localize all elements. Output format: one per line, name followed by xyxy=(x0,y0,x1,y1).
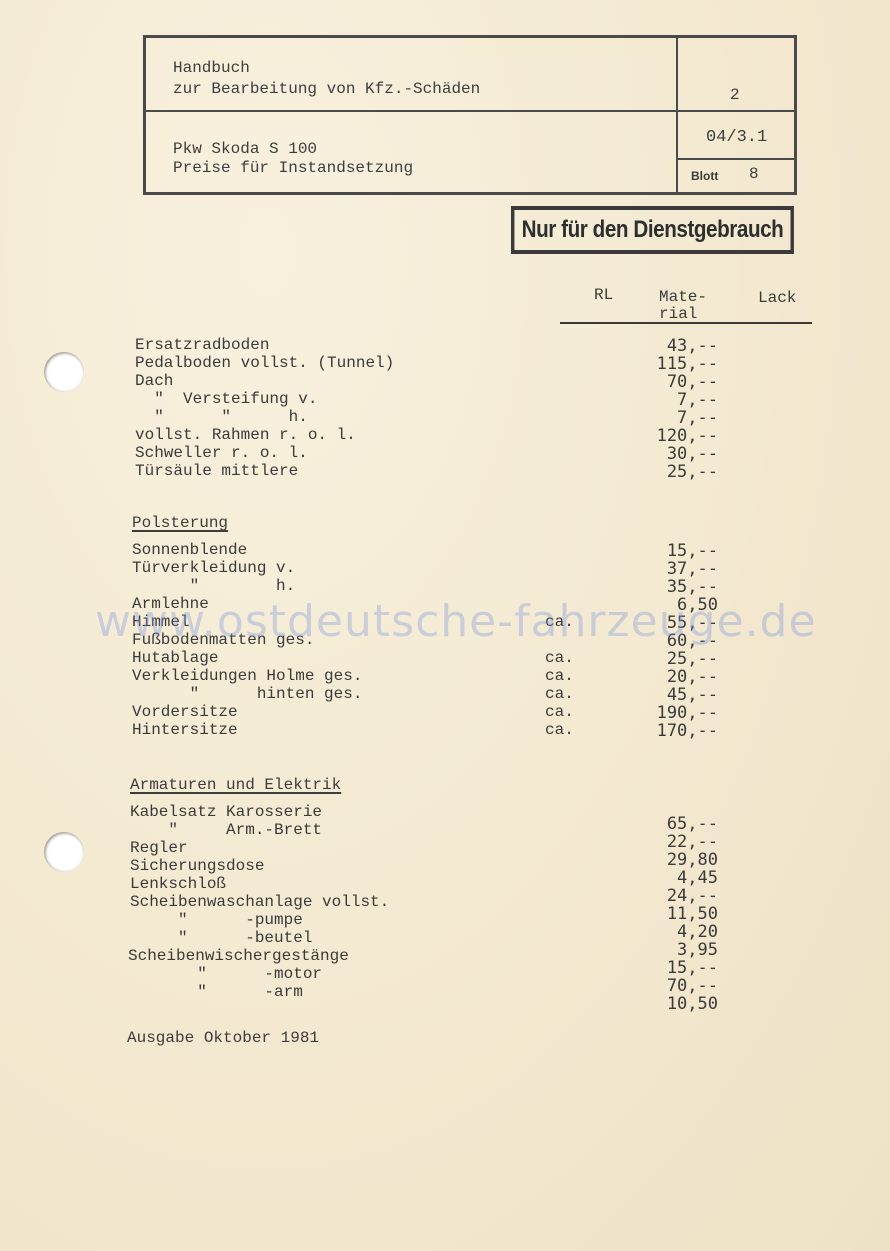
column-rl: RL xyxy=(594,287,613,304)
manual-title: Handbuch xyxy=(173,59,250,77)
approx-marker: ca. xyxy=(545,685,574,703)
price-row: 10,50 xyxy=(0,994,890,1012)
item-description: Vordersitze xyxy=(132,703,238,721)
item-price: 170,-- xyxy=(657,721,718,741)
section-title-armaturen: Armaturen und Elektrik xyxy=(130,776,341,794)
item-price: 43,-- xyxy=(667,336,718,356)
section-title-polsterung: Polsterung xyxy=(132,514,228,532)
item-description: Dach xyxy=(135,372,173,390)
approx-marker: ca. xyxy=(545,649,574,667)
restricted-use-stamp: Nur für den Dienstgebrauch xyxy=(511,206,794,254)
manual-subtitle: zur Bearbeitung von Kfz.-Schäden xyxy=(173,80,480,98)
item-description: " Versteifung v. xyxy=(135,390,317,408)
item-price: 10,50 xyxy=(667,994,718,1014)
item-description: Hutablage xyxy=(132,649,218,667)
price-row: 70,-- xyxy=(0,976,890,994)
item-description: Hintersitze xyxy=(132,721,238,739)
item-price: 25,-- xyxy=(667,649,718,669)
table-row: Türverkleidung v.37,-- xyxy=(0,559,890,577)
price-row: 22,-- xyxy=(0,832,890,850)
price-row: 3,95 xyxy=(0,940,890,958)
item-price: 22,-- xyxy=(667,832,718,852)
item-price: 11,50 xyxy=(667,904,718,924)
column-lack: Lack xyxy=(758,290,796,307)
price-row: 11,50 xyxy=(0,904,890,922)
item-price: 7,-- xyxy=(677,408,718,428)
table-row: " " h.7,-- xyxy=(0,408,890,426)
item-price: 15,-- xyxy=(667,541,718,561)
item-price: 70,-- xyxy=(667,372,718,392)
item-price: 25,-- xyxy=(667,462,718,482)
header-box: Handbuch zur Bearbeitung von Kfz.-Schäde… xyxy=(143,35,797,195)
column-header-rule xyxy=(560,322,812,324)
chapter-number: 2 xyxy=(730,86,740,104)
price-row: 4,20 xyxy=(0,922,890,940)
item-description: " h. xyxy=(132,577,295,595)
item-price: 120,-- xyxy=(657,426,718,446)
item-price: 35,-- xyxy=(667,577,718,597)
table-row: Türsäule mittlere25,-- xyxy=(0,462,890,480)
item-price: 24,-- xyxy=(667,886,718,906)
table-row: Pedalboden vollst. (Tunnel)115,-- xyxy=(0,354,890,372)
document-topic: Preise für Instandsetzung xyxy=(173,159,413,177)
approx-marker: ca. xyxy=(545,703,574,721)
table-row: Dach70,-- xyxy=(0,372,890,390)
item-price: 20,-- xyxy=(667,667,718,687)
website-watermark: www.ostdeutsche-fahrzeuge.de xyxy=(95,596,817,647)
table-row: " Versteifung v.7,-- xyxy=(0,390,890,408)
sheet-number: 8 xyxy=(749,165,759,183)
table-row: Hutablageca.25,-- xyxy=(0,649,890,667)
column-material-line1: Mate- xyxy=(659,289,707,306)
header-divider-sheet xyxy=(676,158,794,160)
approx-marker: ca. xyxy=(545,667,574,685)
sheet-label: Blott xyxy=(691,169,718,183)
item-description: Pedalboden vollst. (Tunnel) xyxy=(135,354,394,372)
section-code: 04/3.1 xyxy=(706,129,767,147)
item-price: 45,-- xyxy=(667,685,718,705)
vehicle-name: Pkw Skoda S 100 xyxy=(173,140,317,158)
table-row: vollst. Rahmen r. o. l.120,-- xyxy=(0,426,890,444)
item-price: 190,-- xyxy=(657,703,718,723)
item-price: 30,-- xyxy=(667,444,718,464)
price-row: 29,80 xyxy=(0,850,890,868)
item-price: 15,-- xyxy=(667,958,718,978)
table-row: " h.35,-- xyxy=(0,577,890,595)
item-price: 29,80 xyxy=(667,850,718,870)
table-row: " hinten ges.ca.45,-- xyxy=(0,685,890,703)
item-price: 37,-- xyxy=(667,559,718,579)
edition-footer: Ausgabe Oktober 1981 xyxy=(127,1029,319,1047)
item-description: Türverkleidung v. xyxy=(132,559,295,577)
approx-marker: ca. xyxy=(545,721,574,739)
item-price: 3,95 xyxy=(677,940,718,960)
item-price: 4,45 xyxy=(677,868,718,888)
column-material-line2: rial xyxy=(659,306,697,323)
header-divider-horizontal xyxy=(146,110,794,112)
price-row: 15,-- xyxy=(0,958,890,976)
item-description: " hinten ges. xyxy=(132,685,362,703)
item-price: 70,-- xyxy=(667,976,718,996)
price-row: 24,-- xyxy=(0,886,890,904)
item-price: 4,20 xyxy=(677,922,718,942)
item-description: vollst. Rahmen r. o. l. xyxy=(135,426,356,444)
item-price: 7,-- xyxy=(677,390,718,410)
item-description: " " h. xyxy=(135,408,308,426)
table-row: Vordersitzeca.190,-- xyxy=(0,703,890,721)
price-row: 65,-- xyxy=(0,814,890,832)
item-description: Verkleidungen Holme ges. xyxy=(132,667,362,685)
item-description: Sonnenblende xyxy=(132,541,247,559)
table-row: Sonnenblende15,-- xyxy=(0,541,890,559)
table-row: Hintersitzeca.170,-- xyxy=(0,721,890,739)
item-description: Ersatzradboden xyxy=(135,336,269,354)
item-description: Türsäule mittlere xyxy=(135,462,298,480)
item-price: 115,-- xyxy=(657,354,718,374)
item-price: 65,-- xyxy=(667,814,718,834)
header-divider-vertical xyxy=(676,38,678,192)
table-row: Schweller r. o. l.30,-- xyxy=(0,444,890,462)
item-description: Schweller r. o. l. xyxy=(135,444,308,462)
table-row: Ersatzradboden43,-- xyxy=(0,336,890,354)
table-row: Verkleidungen Holme ges.ca.20,-- xyxy=(0,667,890,685)
price-row: 4,45 xyxy=(0,868,890,886)
